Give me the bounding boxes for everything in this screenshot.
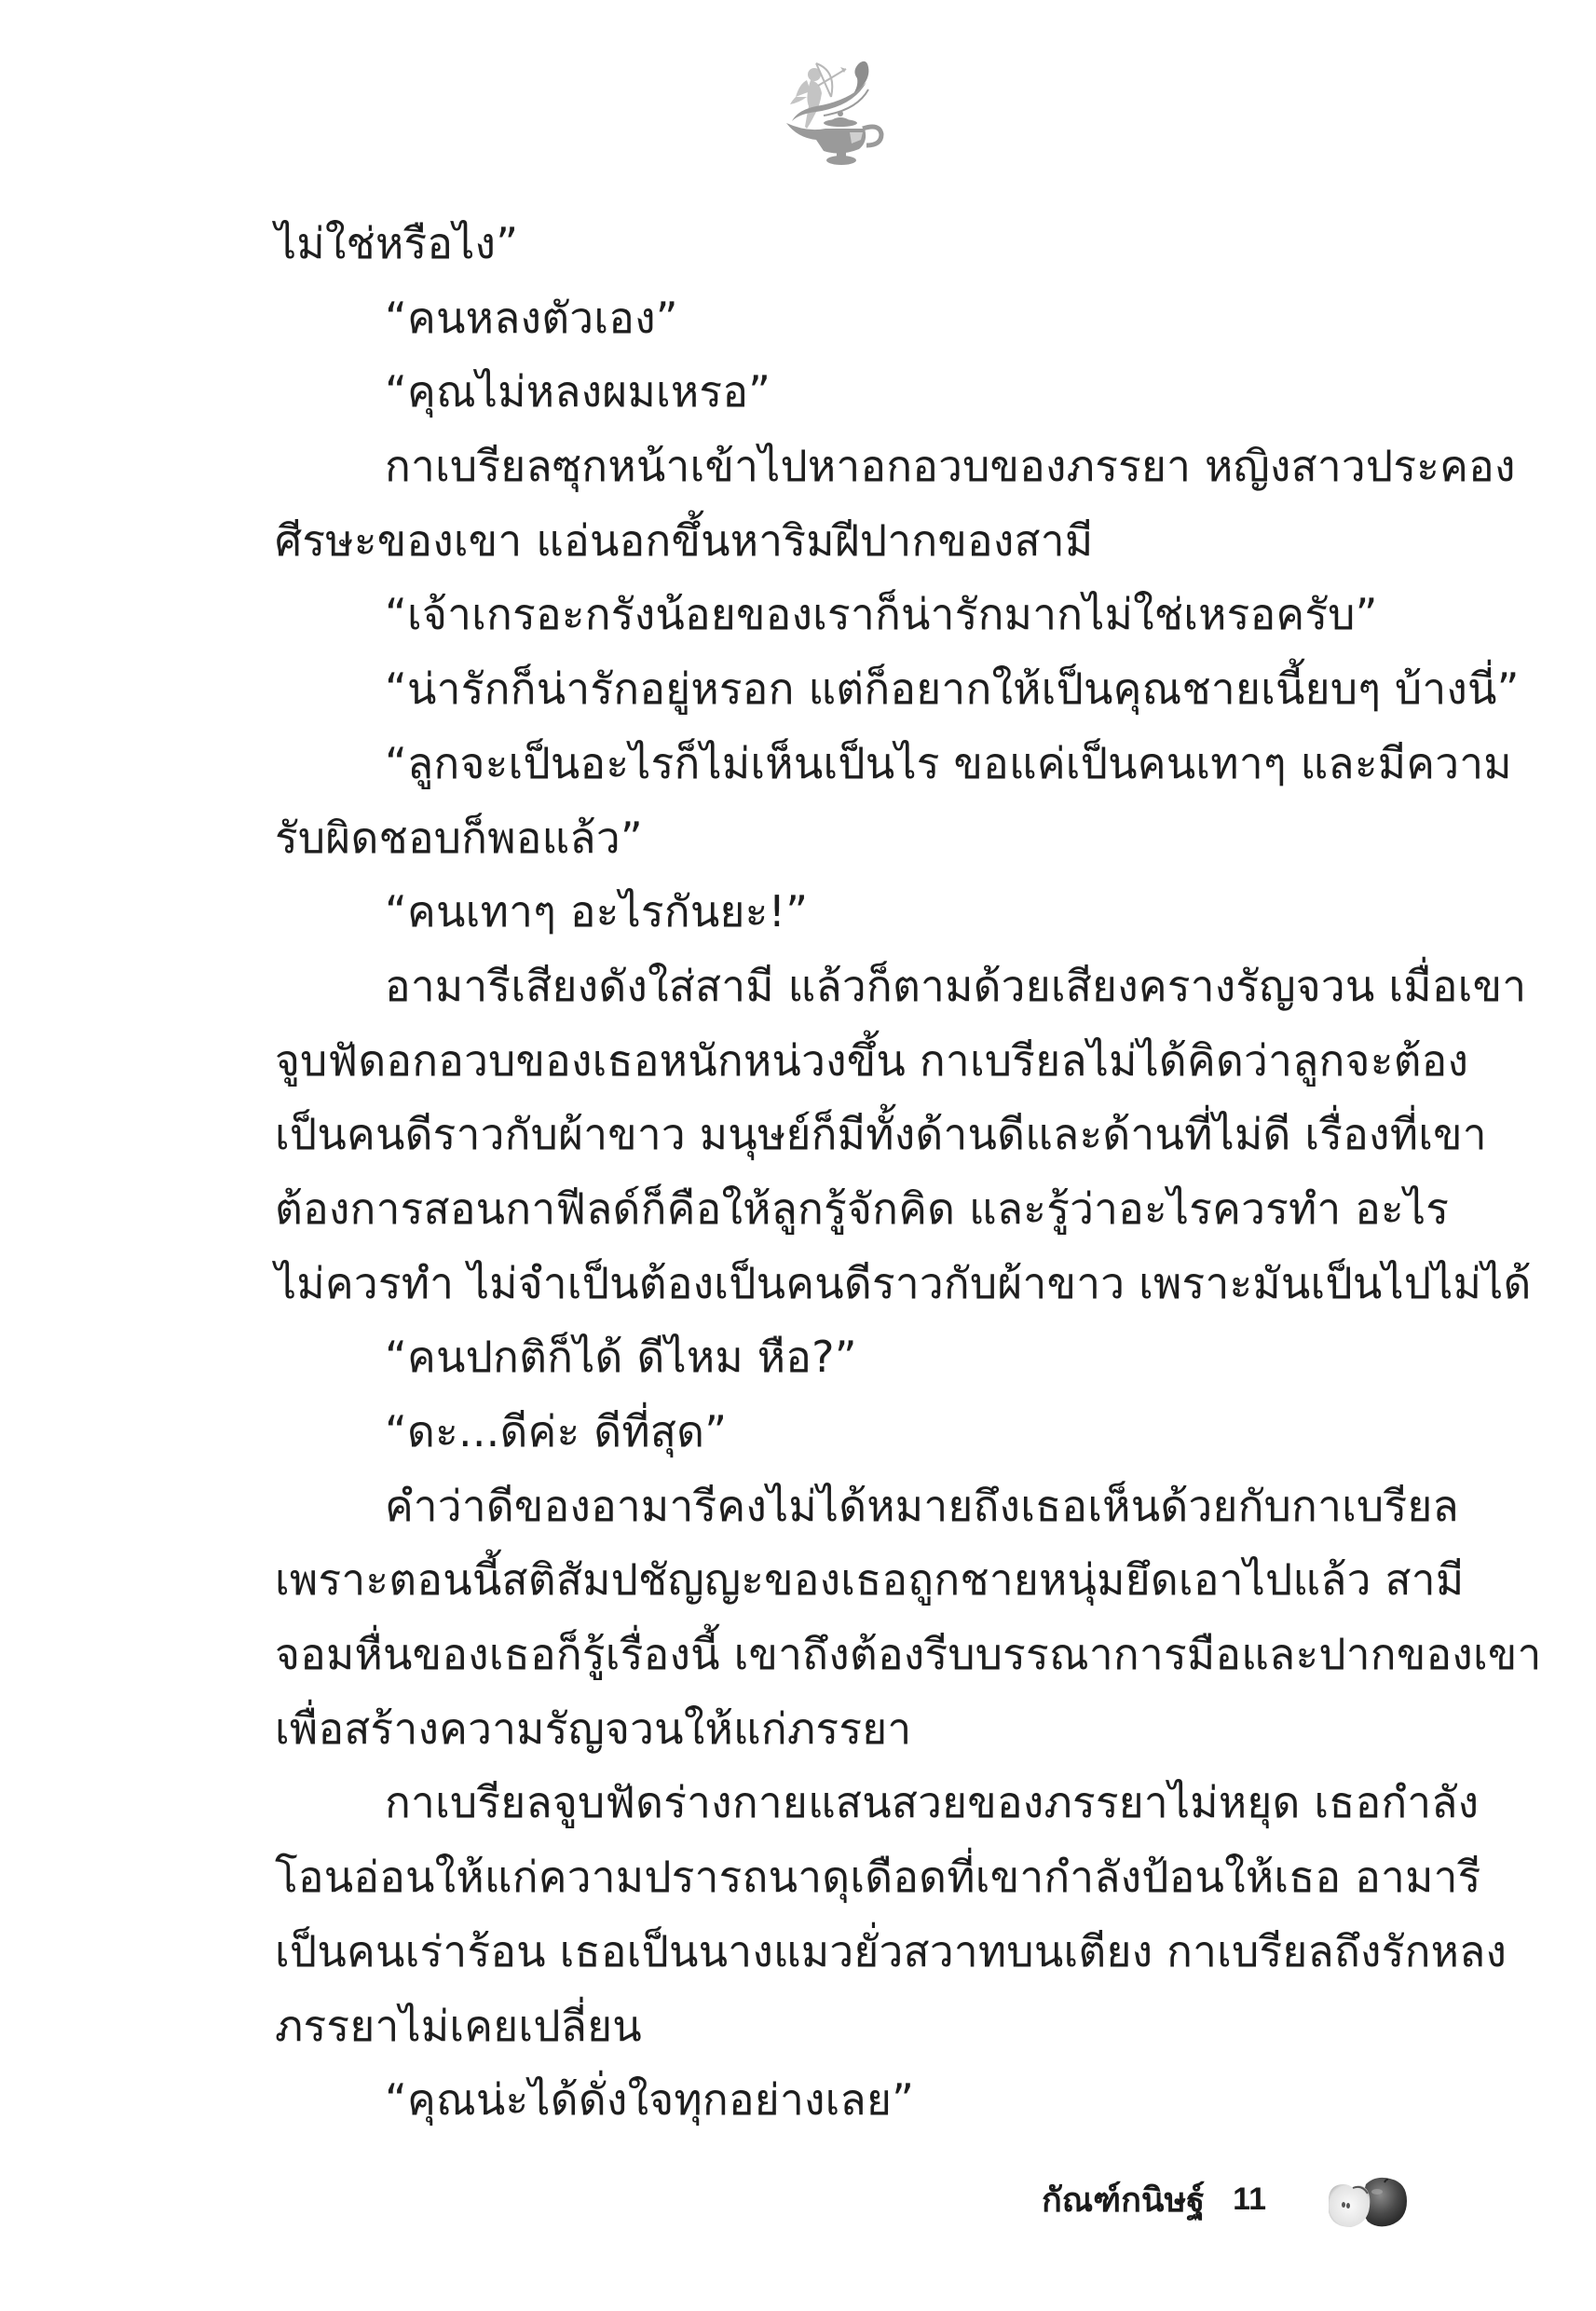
book-title: กัณฑ์กนิษฐ์ xyxy=(1042,2173,1205,2226)
text-line: “คนหลงตัวเอง” xyxy=(275,281,1407,356)
text-line: เป็นคนดีราวกับผ้าขาว มนุษย์ก็มีทั้งด้านด… xyxy=(275,1098,1407,1172)
apple-icon xyxy=(1321,2171,1411,2231)
body-text: ไม่ใช่หรือไง” “คนหลงตัวเอง” “คุณไม่หลงผม… xyxy=(275,207,1407,2138)
text-line: “คุณน่ะได้ดั่งใจทุกอย่างเลย” xyxy=(275,2063,1407,2138)
text-line: “เจ้าเกรอะกรังน้อยของเราก็น่ารักมากไม่ใช… xyxy=(275,578,1407,652)
text-line: ไม่ควรทำ ไม่จำเป็นต้องเป็นคนดีราวกับผ้าข… xyxy=(275,1247,1407,1321)
text-line: จูบฟัดอกอวบของเธอหนักหน่วงขึ้น กาเบรียลไ… xyxy=(275,1024,1407,1099)
text-line: “คนเทาๆ อะไรกันยะ!” xyxy=(275,875,1407,950)
genie-lamp-cupid-icon xyxy=(779,54,894,170)
text-line: คำว่าดีของอามารีคงไม่ได้หมายถึงเธอเห็นด้… xyxy=(275,1470,1407,1544)
text-line: “ลูกจะเป็นอะไรก็ไม่เห็นเป็นไร ขอแค่เป็นค… xyxy=(275,727,1407,801)
text-line: ต้องการสอนกาฟีลด์ก็คือให้ลูกรู้จักคิด แล… xyxy=(275,1172,1407,1247)
page-number: 11 xyxy=(1233,2181,1266,2218)
text-line: จอมหื่นของเธอก็รู้เรื่องนี้ เขาถึงต้องรี… xyxy=(275,1618,1407,1692)
page-footer: กัณฑ์กนิษฐ์ 11 xyxy=(1042,2171,1266,2227)
text-line: “คนปกติก็ได้ ดีไหม หือ?” xyxy=(275,1320,1407,1395)
text-line: เพื่อสร้างความรัญจวนให้แก่ภรรยา xyxy=(275,1692,1407,1767)
text-line: เป็นคนเร่าร้อน เธอเป็นนางแมวยั่วสวาทบนเต… xyxy=(275,1915,1407,1990)
text-line: โอนอ่อนให้แก่ความปรารถนาดุเดือดที่เขากำล… xyxy=(275,1840,1407,1915)
text-line: ศีรษะของเขา แอ่นอกขึ้นหาริมฝีปากของสามี xyxy=(275,504,1407,579)
text-line: รับผิดชอบก็พอแล้ว” xyxy=(275,801,1407,876)
text-line: กาเบรียลซุกหน้าเข้าไปหาอกอวบของภรรยา หญิ… xyxy=(275,430,1407,504)
text-line: “น่ารักก็น่ารักอยู่หรอก แต่ก็อยากให้เป็น… xyxy=(275,652,1407,727)
text-line: ภรรยาไม่เคยเปลี่ยน xyxy=(275,1990,1407,2064)
text-line: กาเบรียลจูบฟัดร่างกายแสนสวยของภรรยาไม่หย… xyxy=(275,1766,1407,1840)
text-line: อามารีเสียงดังใส่สามี แล้วก็ตามด้วยเสียง… xyxy=(275,950,1407,1024)
text-line: “ดะ...ดีค่ะ ดีที่สุด” xyxy=(275,1395,1407,1470)
text-line: ไม่ใช่หรือไง” xyxy=(275,207,1407,281)
text-line: “คุณไม่หลงผมเหรอ” xyxy=(275,355,1407,430)
text-line: เพราะตอนนี้สติสัมปชัญญะของเธอถูกชายหนุ่ม… xyxy=(275,1543,1407,1618)
